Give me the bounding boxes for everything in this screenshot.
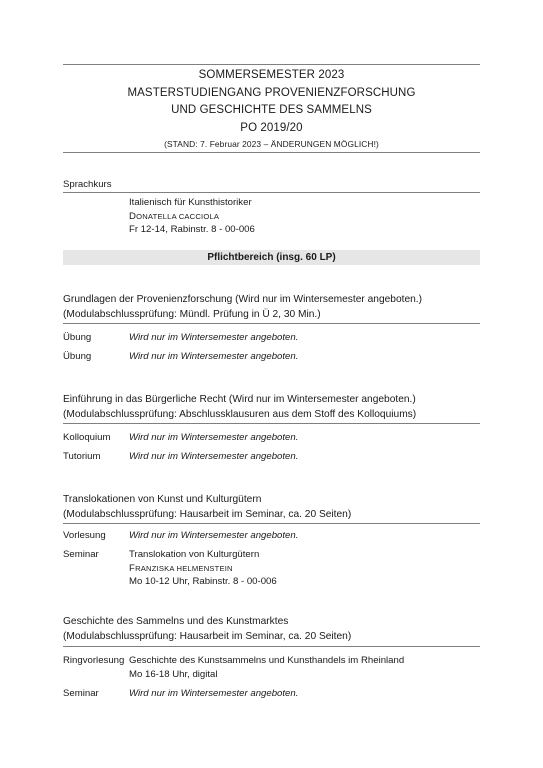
course-note: Wird nur im Wintersemester angeboten. xyxy=(129,530,298,542)
course-title: Translokation von Kulturgütern xyxy=(129,549,259,561)
course-lecturer: Franziska Helmenstein xyxy=(129,563,233,575)
course-note: Wird nur im Wintersemester angeboten. xyxy=(129,351,298,363)
course-type: Tutorium xyxy=(63,451,101,463)
course-title: Geschichte des Kunstsammelns und Kunstha… xyxy=(129,655,404,667)
course-type: Übung xyxy=(63,332,91,344)
module-rule xyxy=(63,323,480,324)
module-rule xyxy=(63,646,480,647)
course-type: Vorlesung xyxy=(63,530,106,542)
program-title-line1: MASTERSTUDIENGANG PROVENIENZFORSCHUNG xyxy=(63,87,480,99)
course-type: Kolloquium xyxy=(63,432,110,444)
sprachkurs-label: Sprachkurs xyxy=(63,179,112,191)
semester-title: SOMMERSEMESTER 2023 xyxy=(63,69,480,81)
course-type: Seminar xyxy=(63,549,99,561)
module-exam: (Modulabschlussprüfung: Abschlussklausur… xyxy=(63,407,416,423)
sprachkurs-lecturer: Donatella Cacciola xyxy=(129,211,219,223)
header-bottom-rule xyxy=(63,152,480,153)
module-title: Grundlagen der Provenienzforschung (Wird… xyxy=(63,292,422,308)
course-note: Wird nur im Wintersemester angeboten. xyxy=(129,451,298,463)
course-note: Wird nur im Wintersemester angeboten. xyxy=(129,432,298,444)
pflichtbereich-label: Pflichtbereich (insg. 60 LP) xyxy=(63,250,480,265)
sprachkurs-rule xyxy=(63,192,480,193)
document-page: SOMMERSEMESTER 2023 MASTERSTUDIENGANG PR… xyxy=(0,0,543,768)
course-time-place: Mo 10-12 Uhr, Rabinstr. 8 - 00-006 xyxy=(129,576,277,588)
program-title-line2: UND GESCHICHTE DES SAMMELNS xyxy=(63,104,480,116)
status-note: (STAND: 7. Februar 2023 – ÄNDERUNGEN MÖG… xyxy=(63,139,480,149)
course-type: Ringvorlesung xyxy=(63,655,124,667)
module-exam: (Modulabschlussprüfung: Mündl. Prüfung i… xyxy=(63,307,321,323)
course-type: Seminar xyxy=(63,688,99,700)
module-rule xyxy=(63,423,480,424)
sprachkurs-course-title: Italienisch für Kunsthistoriker xyxy=(129,197,252,209)
course-note: Wird nur im Wintersemester angeboten. xyxy=(129,332,298,344)
po-version: PO 2019/20 xyxy=(63,122,480,134)
module-title: Geschichte des Sammelns und des Kunstmar… xyxy=(63,614,288,630)
pflichtbereich-banner: Pflichtbereich (insg. 60 LP) xyxy=(63,250,480,265)
course-note: Wird nur im Wintersemester angeboten. xyxy=(129,688,298,700)
sprachkurs-time-place: Fr 12-14, Rabinstr. 8 - 00-006 xyxy=(129,224,255,236)
module-exam: (Modulabschlussprüfung: Hausarbeit im Se… xyxy=(63,629,351,645)
module-title: Translokationen von Kunst und Kulturgüte… xyxy=(63,492,261,508)
course-time-place: Mo 16-18 Uhr, digital xyxy=(129,669,218,681)
header-top-rule xyxy=(63,64,480,65)
course-type: Übung xyxy=(63,351,91,363)
module-rule xyxy=(63,523,480,524)
module-exam: (Modulabschlussprüfung: Hausarbeit im Se… xyxy=(63,507,351,523)
module-title: Einführung in das Bürgerliche Recht (Wir… xyxy=(63,392,416,408)
